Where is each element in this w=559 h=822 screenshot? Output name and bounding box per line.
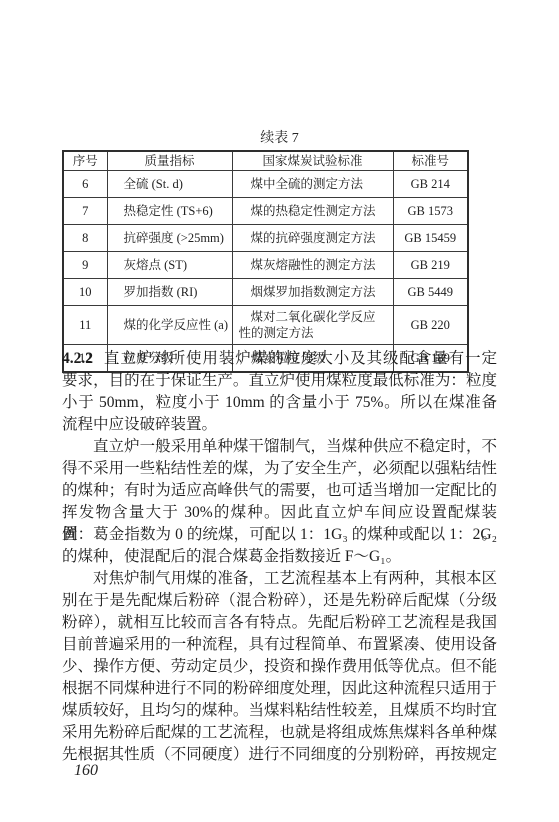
paragraph-line: 根据不同煤种进行不同的粉碎细度处理，因此这种流程只适用于 bbox=[62, 678, 497, 700]
cell-standard-code: GB 219 bbox=[393, 252, 468, 279]
paragraph-line: 流程中应设破碎装置。 bbox=[62, 414, 497, 436]
page-number: 160 bbox=[74, 762, 98, 780]
table-row: 10 罗加指数 (RI) 烟煤罗加指数测定方法 GB 5449 bbox=[63, 279, 468, 306]
cell-serial-number: 6 bbox=[63, 171, 107, 198]
paragraph-line: 小于 50mm，粒度小于 10mm 的含量小于 75%。所以在煤准备 bbox=[62, 392, 497, 414]
column-header-quality-indicator: 质量指标 bbox=[107, 151, 232, 171]
table-row: 8 抗碎强度 (>25mm) 煤的抗碎强度测定方法 GB 15459 bbox=[63, 225, 468, 252]
cell-serial-number: 11 bbox=[63, 306, 107, 345]
table-row: 7 热稳定性 (TS+6) 煤的热稳定性测定方法 GB 1573 bbox=[63, 198, 468, 225]
table-row: 9 灰熔点 (ST) 煤灰熔融性的测定方法 GB 219 bbox=[63, 252, 468, 279]
cell-quality-indicator: 全硫 (St. d) bbox=[107, 171, 232, 198]
cell-standard-code: GB 5449 bbox=[393, 279, 468, 306]
cell-test-standard: 煤对二氧化碳化学反应性的测定方法 bbox=[232, 306, 393, 345]
column-header-serial-number: 序号 bbox=[63, 151, 107, 171]
body-text: 4.2.2直立炉对所使用装炉煤的粒度大小及其级配含量有一定要求，目的在于保证生产… bbox=[62, 348, 497, 766]
paragraph-line: 先根据其性质（不同硬度）进行不同细度的分别粉碎，再按规定 bbox=[62, 744, 497, 766]
section-number: 4.2.2 bbox=[62, 350, 103, 367]
coal-quality-standards-table: 序号 质量指标 国家煤炭试验标准 标准号 6 全硫 (St. d) 煤中全硫的测… bbox=[62, 150, 469, 373]
document-page: 续表 7 序号 质量指标 国家煤炭试验标准 标准号 6 全硫 (St. d) 煤… bbox=[0, 0, 559, 822]
paragraph-line: 对焦炉制气用煤的准备，工艺流程基本上有两种，其根本区 bbox=[62, 568, 497, 590]
paragraph-line: 例：葛金指数为 0 的统煤，可配以 1：1G₃ 的煤种或配以 1：2G₂ bbox=[62, 524, 497, 546]
cell-serial-number: 9 bbox=[63, 252, 107, 279]
paragraph-line: 粉碎），就相互比较而言各有特点。先配后粉碎工艺流程是我国 bbox=[62, 612, 497, 634]
column-header-standard-code: 标准号 bbox=[393, 151, 468, 171]
cell-standard-code: GB 220 bbox=[393, 306, 468, 345]
cell-standard-code: GB 214 bbox=[393, 171, 468, 198]
paragraph-line: 煤质较好，且均匀的煤种。当煤料粘结性较差，且煤质不均时宜 bbox=[62, 700, 497, 722]
cell-test-standard: 煤灰熔融性的测定方法 bbox=[232, 252, 393, 279]
continued-table-caption: 续表 7 bbox=[62, 131, 497, 147]
cell-quality-indicator: 煤的化学反应性 (a) bbox=[107, 306, 232, 345]
cell-test-standard: 烟煤罗加指数测定方法 bbox=[232, 279, 393, 306]
paragraph-line: 的煤种；有时为适应高峰供气的需要，也可适当增加一定配比的 bbox=[62, 480, 497, 502]
cell-test-standard: 煤中全硫的测定方法 bbox=[232, 171, 393, 198]
table-row: 6 全硫 (St. d) 煤中全硫的测定方法 GB 214 bbox=[63, 171, 468, 198]
paragraph-line: 的煤种，使混配后的混合煤葛金指数接近 F～G₁。 bbox=[62, 546, 497, 568]
cell-serial-number: 10 bbox=[63, 279, 107, 306]
paragraph-line-text: 直立炉对所使用装炉煤的粒度大小及其级配含量有一定 bbox=[103, 350, 497, 367]
paragraph-line: 少、操作方便、劳动定员少，投资和操作费用低等优点。但不能 bbox=[62, 656, 497, 678]
table-row: 11 煤的化学反应性 (a) 煤对二氧化碳化学反应性的测定方法 GB 220 bbox=[63, 306, 468, 345]
cell-standard-code: GB 1573 bbox=[393, 198, 468, 225]
cell-quality-indicator: 罗加指数 (RI) bbox=[107, 279, 232, 306]
cell-quality-indicator: 抗碎强度 (>25mm) bbox=[107, 225, 232, 252]
column-header-national-coal-test-standard: 国家煤炭试验标准 bbox=[232, 151, 393, 171]
cell-standard-code: GB 15459 bbox=[393, 225, 468, 252]
cell-serial-number: 8 bbox=[63, 225, 107, 252]
paragraph-line: 挥发物含量大于 30%的煤种。因此直立炉车间应设置配煤装置。 bbox=[62, 502, 497, 524]
paragraph-line: 别在于是先配煤后粉碎（混合粉碎），还是先粉碎后配煤（分级 bbox=[62, 590, 497, 612]
cell-quality-indicator: 灰熔点 (ST) bbox=[107, 252, 232, 279]
table-body: 6 全硫 (St. d) 煤中全硫的测定方法 GB 214 7 热稳定性 (TS… bbox=[63, 171, 468, 373]
paragraph-line: 目前普遍采用的一种流程，具有过程简单、布置紧凑、使用设备 bbox=[62, 634, 497, 656]
cell-serial-number: 7 bbox=[63, 198, 107, 225]
paragraph-line: 要求，目的在于保证生产。直立炉使用煤粒度最低标准为：粒度 bbox=[62, 370, 497, 392]
cell-test-standard: 煤的热稳定性测定方法 bbox=[232, 198, 393, 225]
cell-test-standard: 煤的抗碎强度测定方法 bbox=[232, 225, 393, 252]
cell-quality-indicator: 热稳定性 (TS+6) bbox=[107, 198, 232, 225]
paragraph-line: 得不采用一些粘结性差的煤，为了安全生产，必须配以强粘结性 bbox=[62, 458, 497, 480]
paragraph-line: 直立炉一般采用单种煤干馏制气，当煤种供应不稳定时，不 bbox=[62, 436, 497, 458]
paragraph-line: 采用先粉碎后配煤的工艺流程，也就是将组成炼焦煤料各单种煤 bbox=[62, 722, 497, 744]
table-header-row: 序号 质量指标 国家煤炭试验标准 标准号 bbox=[63, 151, 468, 171]
paragraph-line: 4.2.2直立炉对所使用装炉煤的粒度大小及其级配含量有一定 bbox=[62, 348, 497, 370]
